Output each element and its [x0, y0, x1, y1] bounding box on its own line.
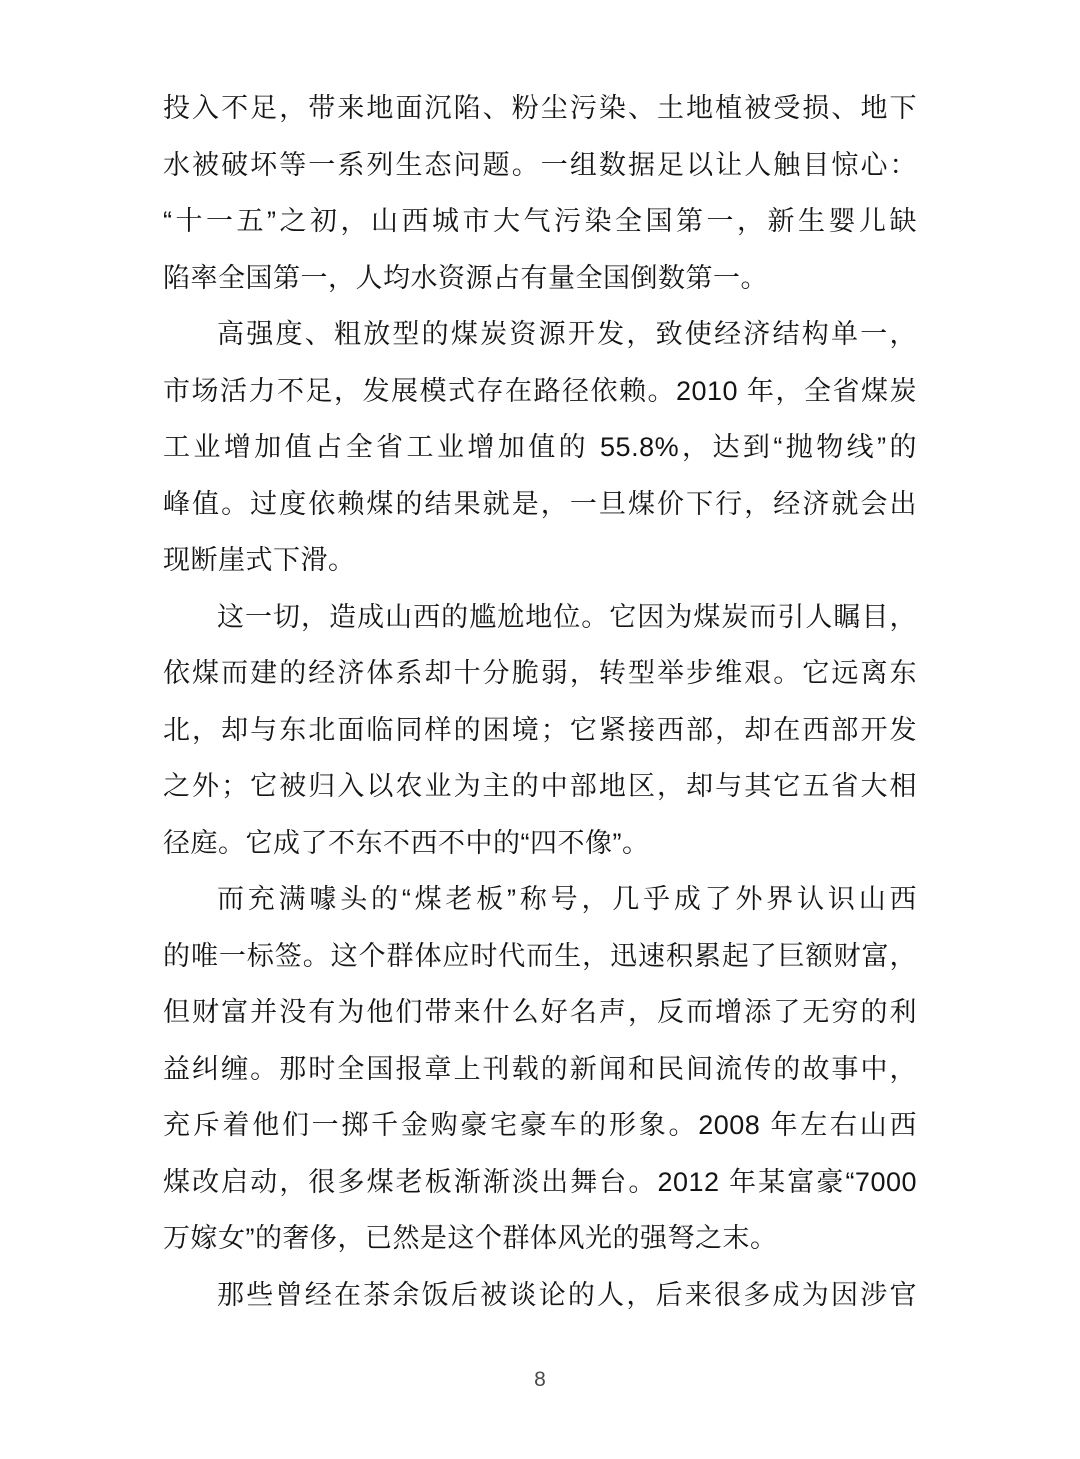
text-line: 依煤而建的经济体系却十分脆弱，转型举步维艰。它远离东 [163, 645, 917, 702]
text-line: 而充满噱头的“煤老板”称号，几乎成了外界认识山西 [163, 871, 917, 928]
text-line: “十一五”之初，山西城市大气污染全国第一，新生婴儿缺 [163, 193, 917, 250]
text-line: 那些曾经在茶余饭后被谈论的人，后来很多成为因涉官 [163, 1267, 917, 1324]
text-line: 万嫁女”的奢侈，已然是这个群体风光的强弩之末。 [163, 1210, 917, 1267]
text-block: 投入不足，带来地面沉陷、粉尘污染、土地植被受损、地下水被破坏等一系列生态问题。一… [163, 80, 917, 1323]
paragraph: 而充满噱头的“煤老板”称号，几乎成了外界认识山西的唯一标签。这个群体应时代而生，… [163, 871, 917, 1267]
text-line: 市场活力不足，发展模式存在路径依赖。2010 年，全省煤炭 [163, 363, 917, 420]
page-number: 8 [0, 1366, 1080, 1394]
text-line: 北，却与东北面临同样的困境；它紧接西部，却在西部开发 [163, 702, 917, 759]
paragraph: 那些曾经在茶余饭后被谈论的人，后来很多成为因涉官 [163, 1267, 917, 1324]
text-line: 工业增加值占全省工业增加值的 55.8%，达到“抛物线”的 [163, 419, 917, 476]
document-page: 投入不足，带来地面沉陷、粉尘污染、土地植被受损、地下水被破坏等一系列生态问题。一… [0, 0, 1080, 1459]
text-line: 投入不足，带来地面沉陷、粉尘污染、土地植被受损、地下 [163, 80, 917, 137]
text-line: 这一切，造成山西的尴尬地位。它因为煤炭而引人瞩目， [163, 589, 917, 646]
text-line: 高强度、粗放型的煤炭资源开发，致使经济结构单一， [163, 306, 917, 363]
text-line: 水被破坏等一系列生态问题。一组数据足以让人触目惊心： [163, 137, 917, 194]
paragraph: 这一切，造成山西的尴尬地位。它因为煤炭而引人瞩目，依煤而建的经济体系却十分脆弱，… [163, 589, 917, 872]
text-line: 但财富并没有为他们带来什么好名声，反而增添了无穷的利 [163, 984, 917, 1041]
text-line: 径庭。它成了不东不西不中的“四不像”。 [163, 815, 917, 872]
text-line: 煤改启动，很多煤老板渐渐淡出舞台。2012 年某富豪“7000 [163, 1154, 917, 1211]
text-line: 峰值。过度依赖煤的结果就是，一旦煤价下行，经济就会出 [163, 476, 917, 533]
text-line: 益纠缠。那时全国报章上刊载的新闻和民间流传的故事中， [163, 1041, 917, 1098]
paragraph: 高强度、粗放型的煤炭资源开发，致使经济结构单一，市场活力不足，发展模式存在路径依… [163, 306, 917, 589]
text-line: 的唯一标签。这个群体应时代而生，迅速积累起了巨额财富， [163, 928, 917, 985]
text-line: 现断崖式下滑。 [163, 532, 917, 589]
text-line: 充斥着他们一掷千金购豪宅豪车的形象。2008 年左右山西 [163, 1097, 917, 1154]
paragraph: 投入不足，带来地面沉陷、粉尘污染、土地植被受损、地下水被破坏等一系列生态问题。一… [163, 80, 917, 306]
text-line: 陷率全国第一，人均水资源占有量全国倒数第一。 [163, 250, 917, 307]
text-line: 之外；它被归入以农业为主的中部地区，却与其它五省大相 [163, 758, 917, 815]
